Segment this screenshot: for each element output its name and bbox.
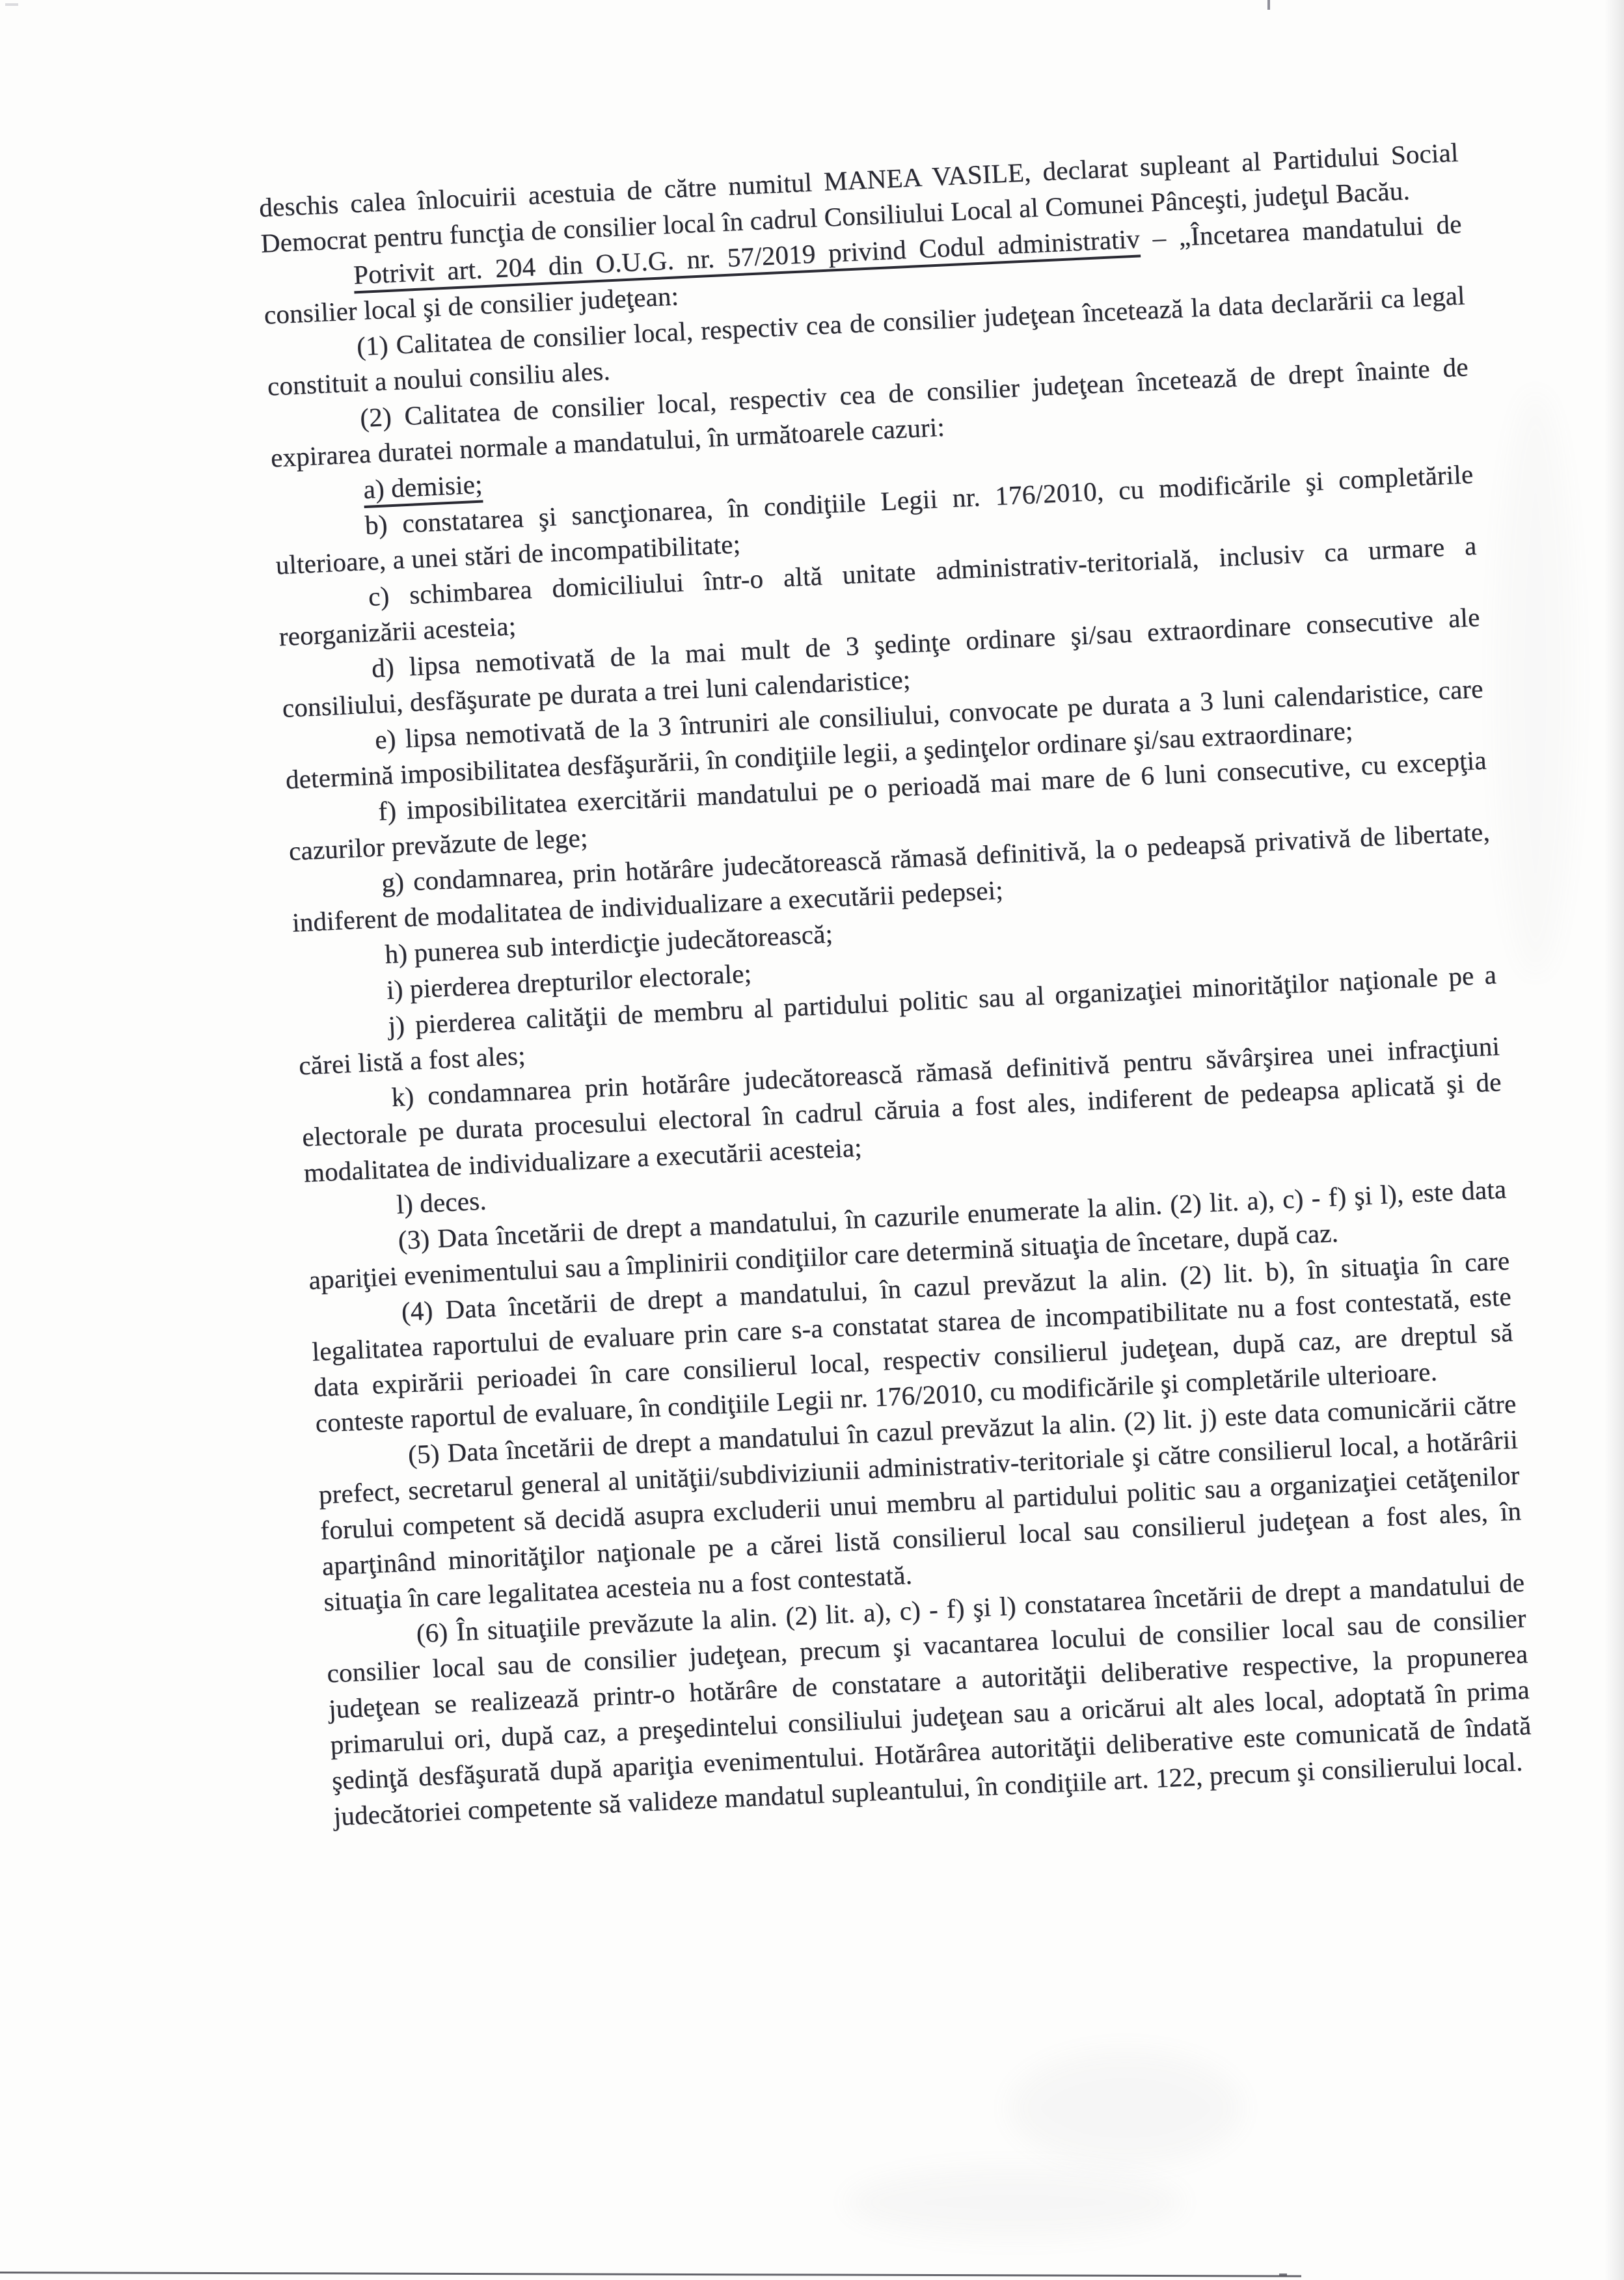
scan-artifact-bottom-edge-line [0, 2272, 1301, 2277]
scan-artifact-top-left-dash [5, 3, 18, 6]
scan-artifact-bottom-edge-tick [1279, 2273, 1287, 2276]
scanned-document-page: { "page": { "kind": "scanned legal docum… [0, 0, 1624, 2280]
text-run: l) deces. [396, 1185, 487, 1219]
scan-artifact-smudge [1496, 390, 1575, 976]
scan-artifact-smudge [846, 2167, 1184, 2238]
scan-artifact-smudge [1008, 2050, 1243, 2167]
scan-artifact-right-edge-band [1604, 0, 1624, 2280]
scan-artifact-top-tick [1267, 0, 1270, 10]
document-text-block: deschis calea înlocuirii acestuia de căt… [258, 135, 1534, 1835]
